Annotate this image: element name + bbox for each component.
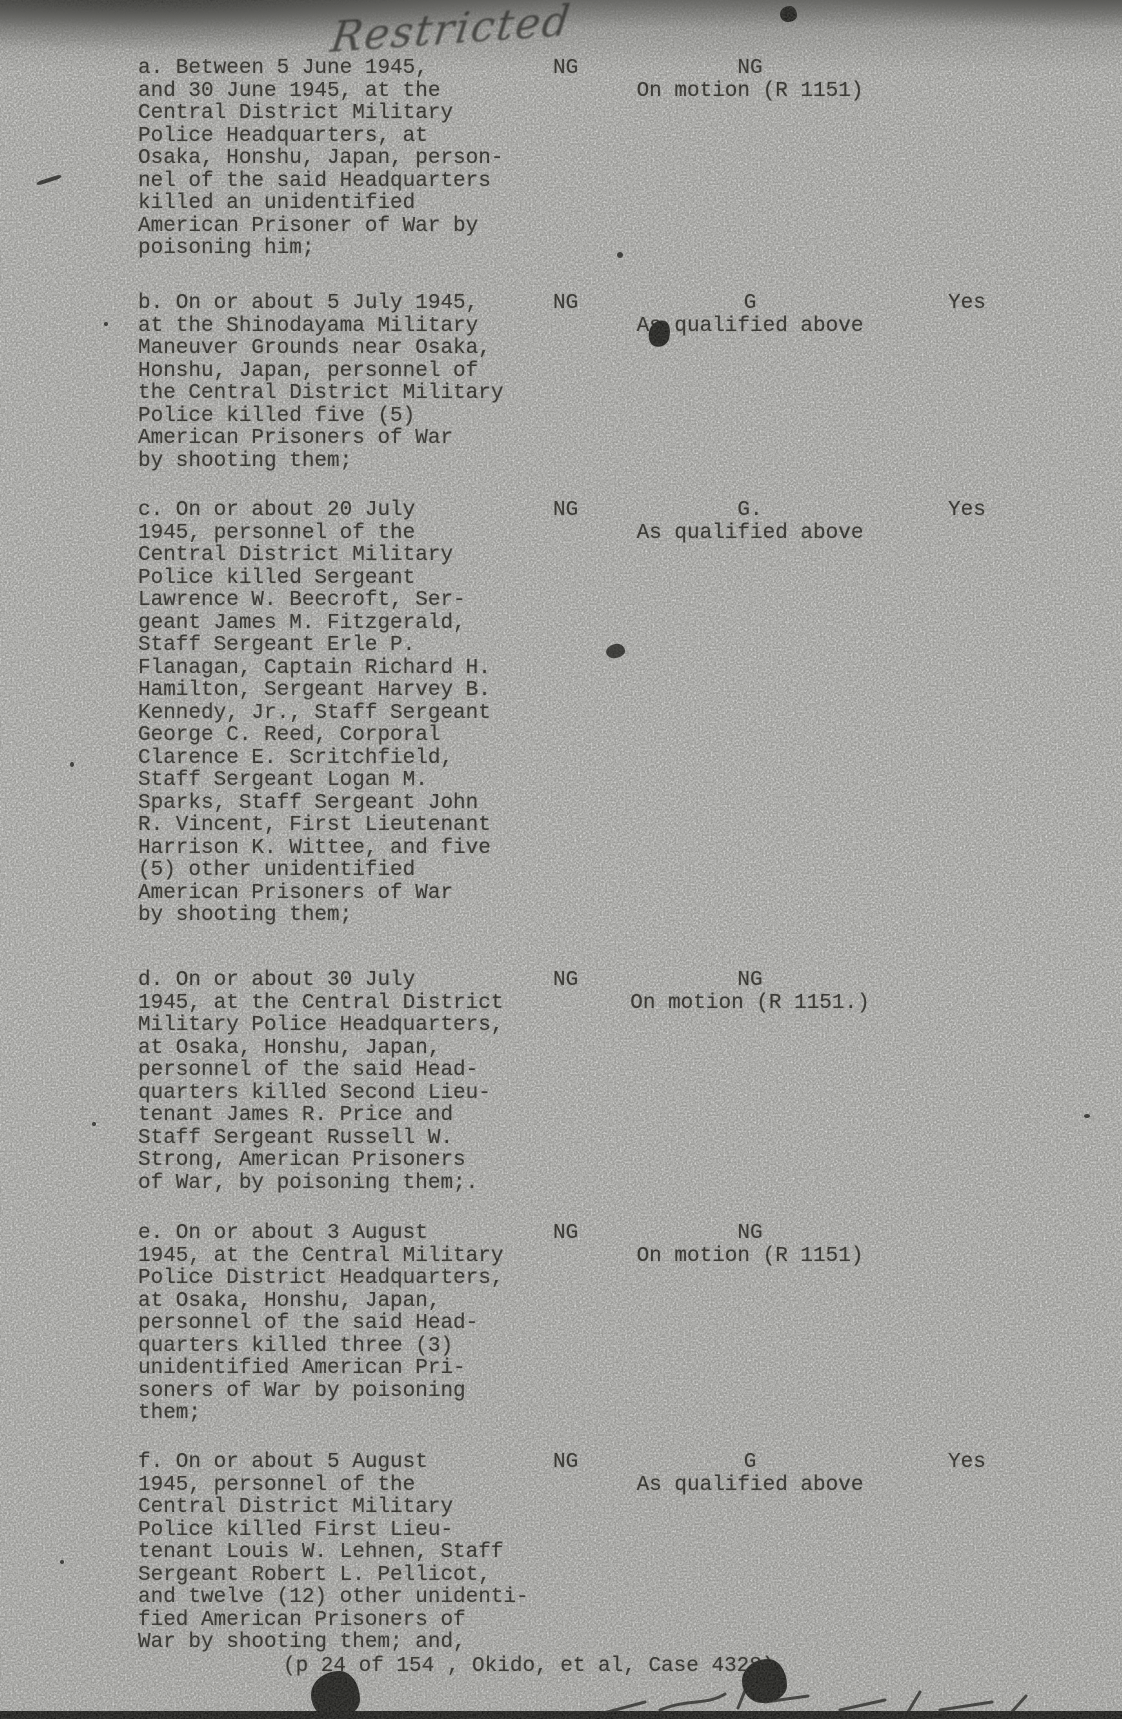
finding-cell: G. As qualified above [600, 500, 900, 545]
charge-specification-text: e. On or about 3 August 1945, at the Cen… [138, 1223, 568, 1426]
ink-blot [742, 1659, 787, 1703]
approved-value: Yes [948, 1452, 1028, 1475]
finding-detail: On motion (R 1151) [600, 1246, 900, 1269]
finding-cell: NG On motion (R 1151.) [600, 970, 900, 1015]
scan-speck [104, 322, 108, 326]
finding-cell: NG On motion (R 1151) [600, 1223, 900, 1268]
finding-detail: As qualified above [600, 523, 900, 546]
charge-specification-text: d. On or about 30 July 1945, at the Cent… [138, 970, 568, 1195]
finding-value: NG [600, 970, 900, 993]
ink-blot [780, 6, 797, 22]
ink-blot [605, 642, 626, 659]
finding-value: NG [600, 58, 900, 81]
finding-value: G [600, 1452, 900, 1475]
scan-speck [70, 762, 74, 767]
finding-detail: On motion (R 1151) [600, 81, 900, 104]
scan-speck [1084, 1114, 1090, 1118]
charge-specification-text: b. On or about 5 July 1945, at the Shino… [138, 293, 568, 473]
approved-value: Yes [948, 293, 1028, 316]
finding-cell: G As qualified above [600, 1452, 900, 1497]
finding-detail: As qualified above [600, 1475, 900, 1498]
charge-specification-text: a. Between 5 June 1945, and 30 June 1945… [138, 58, 568, 261]
charge-specification-text: f. On or about 5 August 1945, personnel … [138, 1452, 568, 1655]
finding-value: NG [600, 1223, 900, 1246]
document-page: Restricted a. Between 5 June 1945, and 3… [0, 0, 1122, 1719]
scan-edge-bar [0, 1711, 1122, 1719]
scan-speck [60, 1560, 64, 1564]
scan-speck [92, 1122, 96, 1126]
finding-value: G. [600, 500, 900, 523]
finding-detail: As qualified above [600, 316, 900, 339]
approved-value: Yes [948, 500, 1028, 523]
charge-specification-text: c. On or about 20 July 1945, personnel o… [138, 500, 568, 928]
finding-detail: On motion (R 1151.) [600, 993, 900, 1016]
finding-cell: G As qualified above [600, 293, 900, 338]
page-citation: (p 24 of 154 , Okido, et al, Case 4328) [283, 1655, 774, 1678]
finding-cell: NG On motion (R 1151) [600, 58, 900, 103]
finding-value: G [600, 293, 900, 316]
scan-speck [36, 174, 62, 186]
scan-speck [617, 252, 623, 258]
